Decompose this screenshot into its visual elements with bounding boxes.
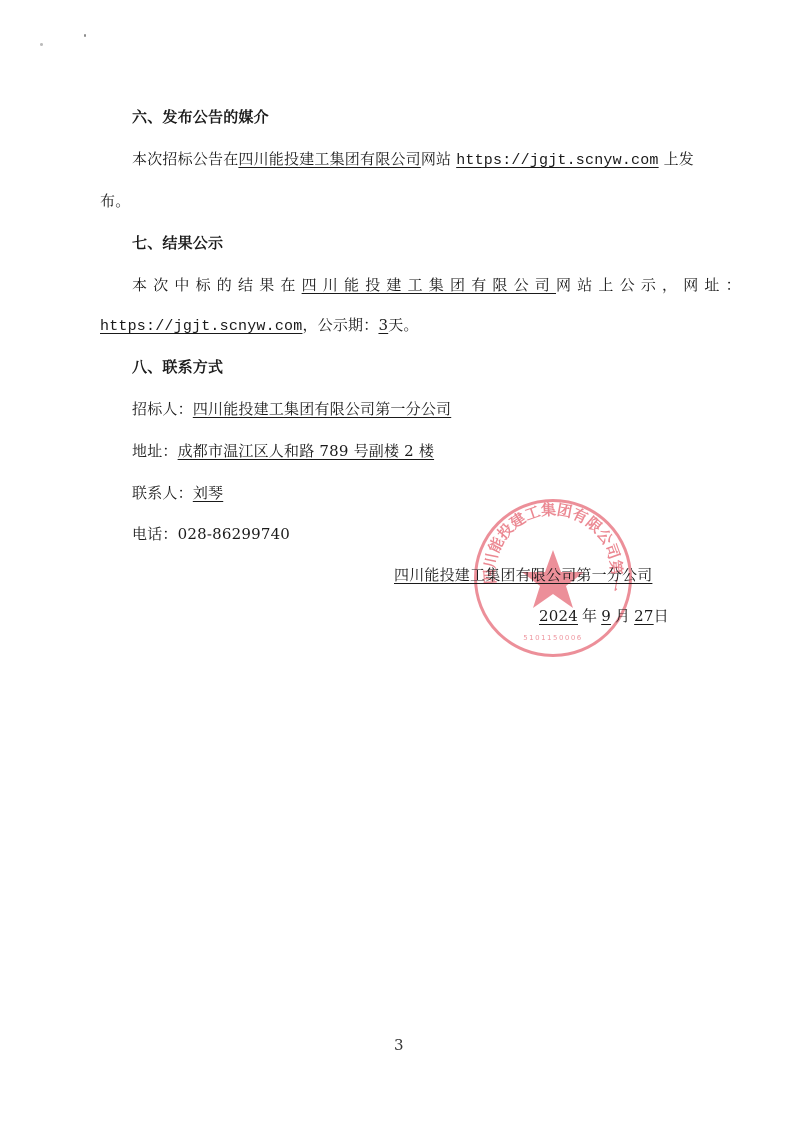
section-7-paragraph-cont: https://jgjt.scnyw.com，公示期：3天。 bbox=[100, 314, 419, 335]
text: 网站 bbox=[421, 150, 456, 168]
text: 天。 bbox=[388, 316, 418, 334]
section-6-heading: 六、发布公告的媒介 bbox=[132, 106, 269, 127]
date-day: 27 bbox=[634, 607, 654, 625]
date-day-unit: 日 bbox=[654, 607, 669, 625]
signature-date: 2024年9月27日 bbox=[531, 605, 669, 626]
text: ，公示期： bbox=[302, 316, 378, 334]
address-label: 地址： bbox=[132, 442, 178, 460]
text: 上发 bbox=[659, 150, 694, 168]
text: 本次招标公告在 bbox=[132, 150, 238, 168]
date-year: 2024 bbox=[531, 607, 578, 625]
contact-label: 联系人： bbox=[132, 484, 193, 502]
date-year-unit: 年 bbox=[582, 607, 597, 625]
date-month: 9 bbox=[601, 607, 611, 625]
phone-row: 电话：028-86299740 bbox=[132, 523, 290, 544]
phone-label: 电话： bbox=[132, 525, 178, 543]
signature-company: 四川能投建工集团有限公司第一分公司 bbox=[394, 564, 652, 585]
phone-value: 028-86299740 bbox=[178, 525, 290, 543]
company-name: 四川能投建工集团有限公司 bbox=[302, 276, 556, 294]
seal-code: 5101150006 bbox=[523, 634, 583, 642]
company-name: 四川能投建工集团有限公司 bbox=[238, 150, 420, 168]
section-6-paragraph: 本次招标公告在四川能投建工集团有限公司网站 https://jgjt.scnyw… bbox=[132, 148, 694, 169]
text: 本次中标的结果在 bbox=[132, 276, 302, 294]
scan-speck bbox=[84, 34, 86, 37]
website-link[interactable]: https://jgjt.scnyw.com bbox=[100, 318, 302, 335]
contact-value: 刘琴 bbox=[193, 484, 223, 502]
section-7-heading: 七、结果公示 bbox=[132, 232, 223, 253]
scan-speck bbox=[40, 43, 43, 46]
publicity-days: 3 bbox=[378, 316, 388, 334]
text: 网站上公示，网址： bbox=[556, 276, 747, 294]
date-month-unit: 月 bbox=[615, 607, 630, 625]
section-7-paragraph: 本次中标的结果在四川能投建工集团有限公司网站上公示，网址： bbox=[132, 274, 747, 295]
tenderer-row: 招标人：四川能投建工集团有限公司第一分公司 bbox=[132, 398, 451, 419]
signature-company-name: 四川能投建工集团有限公司第一分公司 bbox=[394, 566, 652, 584]
address-row: 地址：成都市温江区人和路 789 号副楼 2 楼 bbox=[132, 440, 434, 461]
tenderer-value: 四川能投建工集团有限公司第一分公司 bbox=[193, 400, 451, 418]
website-link[interactable]: https://jgjt.scnyw.com bbox=[456, 152, 658, 169]
page-number: 3 bbox=[394, 1036, 404, 1054]
address-value: 成都市温江区人和路 789 号副楼 2 楼 bbox=[178, 442, 434, 460]
contact-row: 联系人：刘琴 bbox=[132, 482, 223, 503]
tenderer-label: 招标人： bbox=[132, 400, 193, 418]
section-6-paragraph-cont: 布。 bbox=[100, 190, 130, 211]
section-8-heading: 八、联系方式 bbox=[132, 356, 223, 377]
